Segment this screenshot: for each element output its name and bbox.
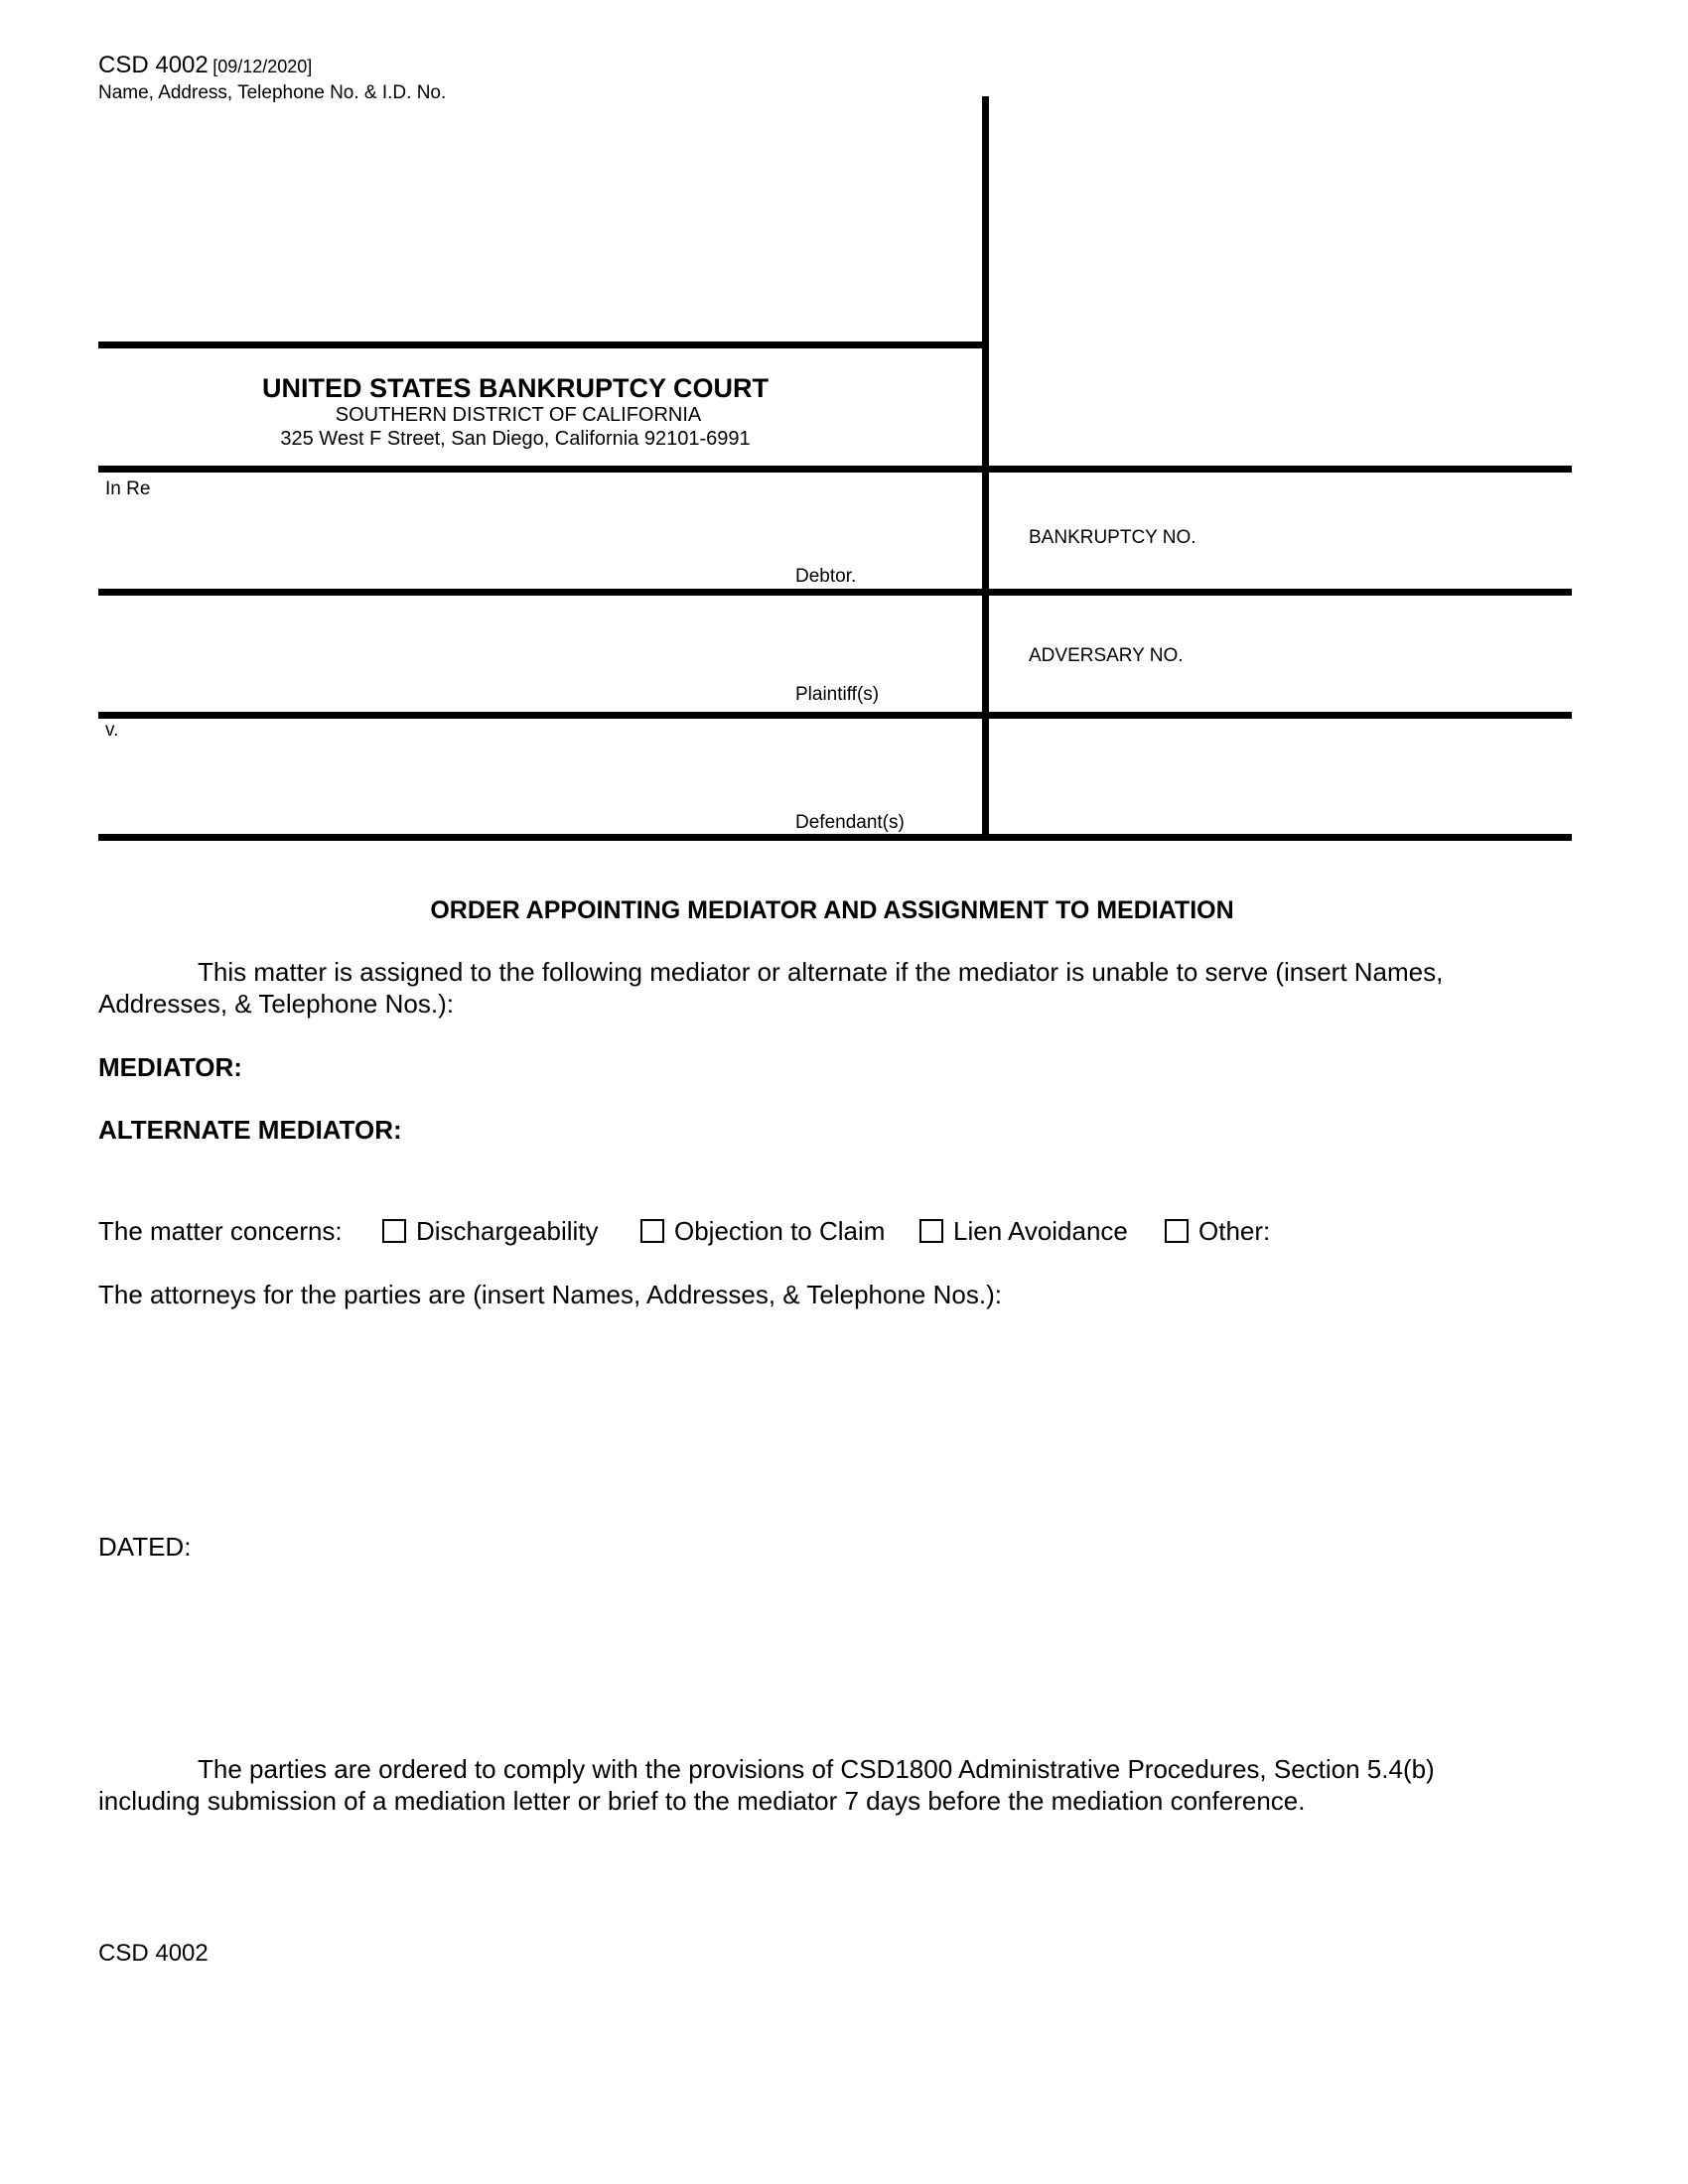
dated-label: DATED:	[98, 1534, 191, 1560]
defendant-label: Defendant(s)	[795, 813, 905, 832]
attorneys-field[interactable]	[98, 1320, 1572, 1509]
divider-line	[98, 712, 1572, 719]
court-use-area	[993, 99, 1572, 338]
lien-avoidance-label: Lien Avoidance	[953, 1216, 1128, 1246]
other-checkbox[interactable]	[1165, 1219, 1189, 1243]
adversary-no-field[interactable]	[993, 598, 1572, 709]
court-district: SOUTHERN DISTRICT OF CALIFORNIA	[336, 405, 702, 425]
divider-line	[98, 466, 1572, 473]
intro-text-line-1: This matter is assigned to the following…	[198, 959, 1443, 985]
mediator-label: MEDIATOR:	[98, 1054, 242, 1080]
dischargeability-checkbox[interactable]	[382, 1219, 406, 1243]
option-objection-to-claim[interactable]: Objection to Claim	[640, 1218, 885, 1244]
mediator-field[interactable]	[258, 1047, 1569, 1087]
other-description-field[interactable]	[1281, 1213, 1569, 1249]
bankruptcy-no-field[interactable]	[993, 475, 1572, 586]
court-title: UNITED STATES BANKRUPTCY COURT	[262, 375, 769, 402]
debtor-label: Debtor.	[795, 567, 856, 586]
option-lien-avoidance[interactable]: Lien Avoidance	[919, 1218, 1128, 1244]
divider-line	[98, 341, 989, 348]
plaintiff-label: Plaintiff(s)	[795, 685, 879, 704]
compliance-text-line-2: including submission of a mediation lett…	[98, 1788, 1305, 1814]
order-title: ORDER APPOINTING MEDIATOR AND ASSIGNMENT…	[430, 898, 1233, 923]
dischargeability-label: Dischargeability	[416, 1216, 599, 1246]
intro-text-line-2: Addresses, & Telephone Nos.):	[98, 991, 454, 1017]
alternate-mediator-field[interactable]	[427, 1110, 1569, 1150]
attorneys-label: The attorneys for the parties are (inser…	[98, 1282, 1002, 1307]
objection-to-claim-checkbox[interactable]	[640, 1219, 664, 1243]
option-dischargeability[interactable]: Dischargeability	[382, 1218, 599, 1244]
form-header: CSD 4002 [09/12/2020]	[98, 54, 312, 77]
form-code: CSD 4002	[98, 52, 209, 78]
attorney-info-field[interactable]	[98, 109, 977, 338]
alternate-mediator-label: ALTERNATE MEDIATOR:	[98, 1117, 402, 1143]
dated-field[interactable]	[209, 1527, 705, 1567]
attorney-block-label: Name, Address, Telephone No. & I.D. No.	[98, 83, 446, 102]
option-other[interactable]: Other:	[1165, 1218, 1270, 1244]
divider-line	[98, 834, 1572, 841]
divider-line	[98, 589, 1572, 596]
objection-to-claim-label: Objection to Claim	[674, 1216, 885, 1246]
form-revision-date: [09/12/2020]	[212, 57, 312, 76]
compliance-text-line-1: The parties are ordered to comply with t…	[198, 1756, 1435, 1782]
other-label: Other:	[1198, 1216, 1270, 1246]
court-address: 325 West F Street, San Diego, California…	[280, 429, 750, 449]
matter-concerns-label: The matter concerns:	[98, 1218, 343, 1244]
footer-form-code: CSD 4002	[98, 1942, 209, 1966]
lien-avoidance-checkbox[interactable]	[919, 1219, 943, 1243]
